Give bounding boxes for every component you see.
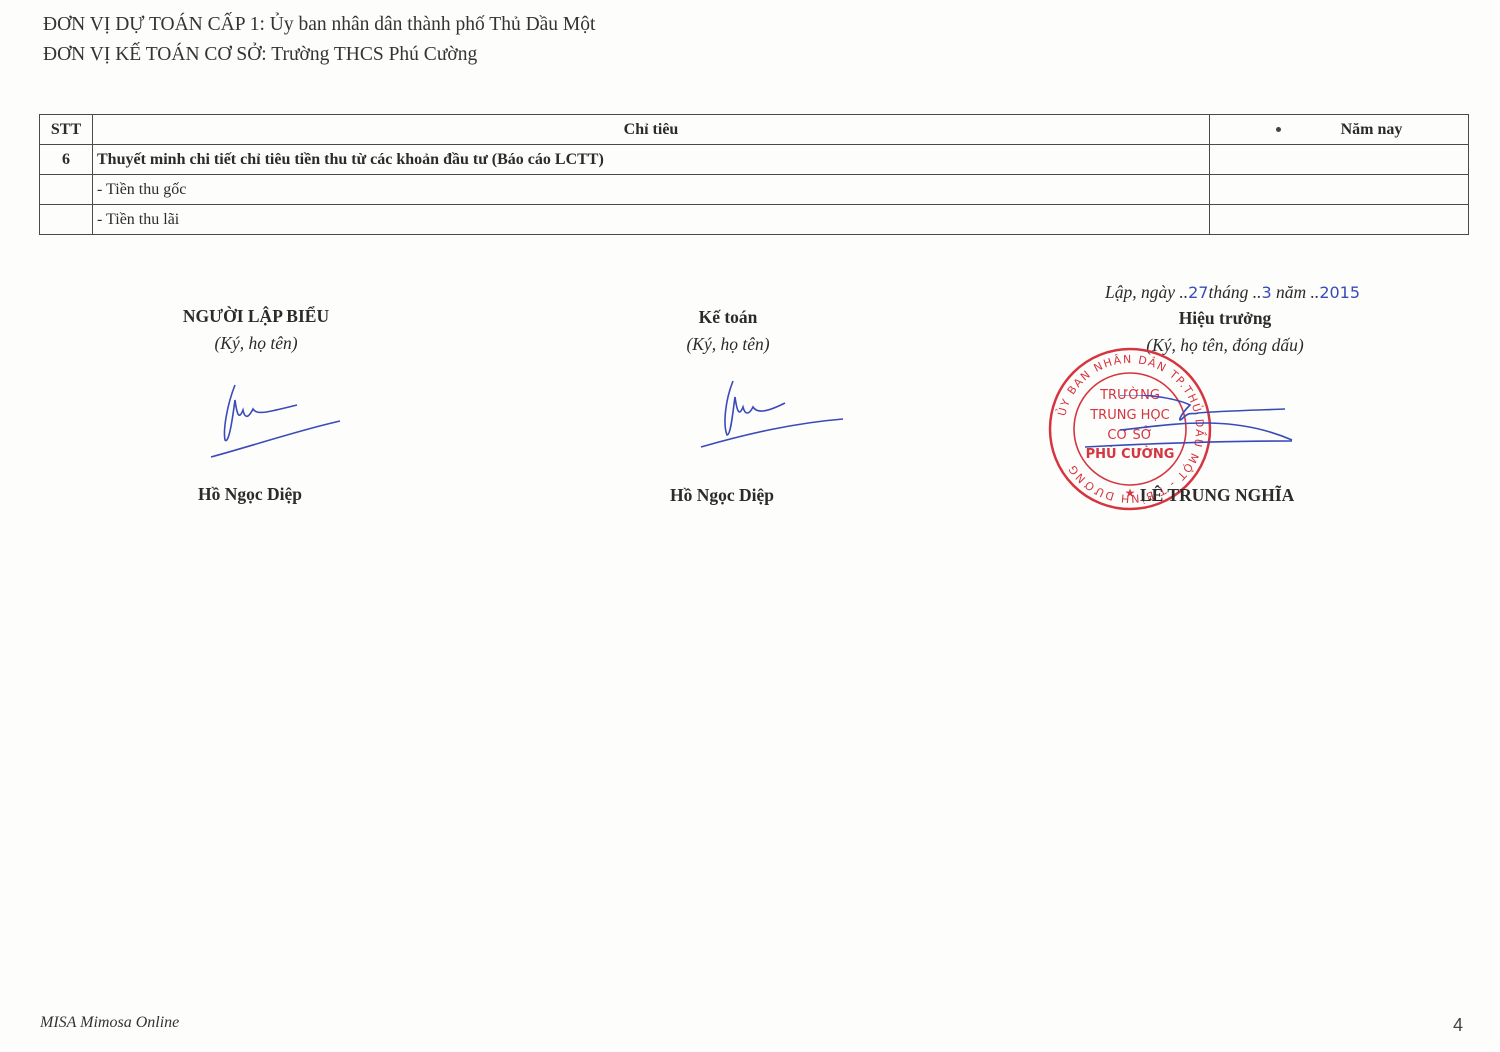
- row-indicator: - Tiền thu lãi: [93, 205, 1210, 235]
- stamp-star-icon: ★: [1125, 486, 1136, 500]
- signature-block-accountant: Kế toán (Ký, họ tên): [628, 307, 828, 355]
- budget-unit-level1: ĐƠN VỊ DỰ TOÁN CẤP 1: Ủy ban nhân dân th…: [43, 14, 595, 36]
- report-table: STT Chỉ tiêu Năm nay 6Thuyết minh chi ti…: [39, 114, 1469, 235]
- col-header-current-year: Năm nay: [1210, 115, 1469, 145]
- signature-accountant-icon: [695, 375, 845, 455]
- row-stt: [40, 175, 93, 205]
- signature-principal-icon: [1080, 395, 1300, 455]
- bullet-mark: [1276, 127, 1281, 132]
- accounting-unit: ĐƠN VỊ KẾ TOÁN CƠ SỞ: Trường THCS Phú Cư…: [43, 44, 477, 66]
- row-current-year: [1210, 145, 1469, 175]
- col-header-stt: STT: [40, 115, 93, 145]
- row-indicator: - Tiền thu gốc: [93, 175, 1210, 205]
- signature-block-preparer: NGƯỜI LẬP BIỂU (Ký, họ tên): [156, 306, 356, 354]
- col-header-current-year-label: Năm nay: [1341, 121, 1403, 138]
- col-header-indicator-label: Chỉ tiêu: [624, 121, 679, 138]
- row-stt: 6: [40, 145, 93, 175]
- table-header-row: STT Chỉ tiêu Năm nay: [40, 115, 1469, 145]
- accountant-name: Hồ Ngọc Diệp: [670, 485, 774, 506]
- accountant-subtitle: (Ký, họ tên): [628, 334, 828, 355]
- page-number: 4: [1453, 1015, 1463, 1036]
- date-month-label: tháng ..: [1208, 282, 1261, 302]
- row-indicator: Thuyết minh chi tiết chỉ tiêu tiền thu t…: [93, 145, 1210, 175]
- date-line: Lập, ngày ..27tháng ..3 năm ..2015: [1105, 282, 1360, 303]
- row-current-year: [1210, 175, 1469, 205]
- software-footer: MISA Mimosa Online: [40, 1014, 179, 1032]
- preparer-title: NGƯỜI LẬP BIỂU: [156, 306, 356, 327]
- date-year-handwritten: 2015: [1319, 283, 1360, 302]
- date-month-handwritten: 3: [1261, 283, 1271, 302]
- row-stt: [40, 205, 93, 235]
- col-header-indicator: Chỉ tiêu: [93, 115, 1210, 145]
- date-day-handwritten: 27: [1188, 283, 1208, 302]
- principal-name: LÊ TRUNG NGHĨA: [1140, 485, 1294, 506]
- preparer-name: Hồ Ngọc Diệp: [198, 484, 302, 505]
- date-year-label: năm ..: [1272, 282, 1320, 302]
- accountant-title: Kế toán: [628, 307, 828, 328]
- principal-title: Hiệu trưởng: [1090, 308, 1360, 329]
- date-prefix: Lập, ngày ..: [1105, 282, 1188, 302]
- row-current-year: [1210, 205, 1469, 235]
- table-row: - Tiền thu lãi: [40, 205, 1469, 235]
- signature-preparer-icon: [205, 375, 350, 465]
- table-row: 6Thuyết minh chi tiết chỉ tiêu tiền thu …: [40, 145, 1469, 175]
- preparer-subtitle: (Ký, họ tên): [156, 333, 356, 354]
- table-row: - Tiền thu gốc: [40, 175, 1469, 205]
